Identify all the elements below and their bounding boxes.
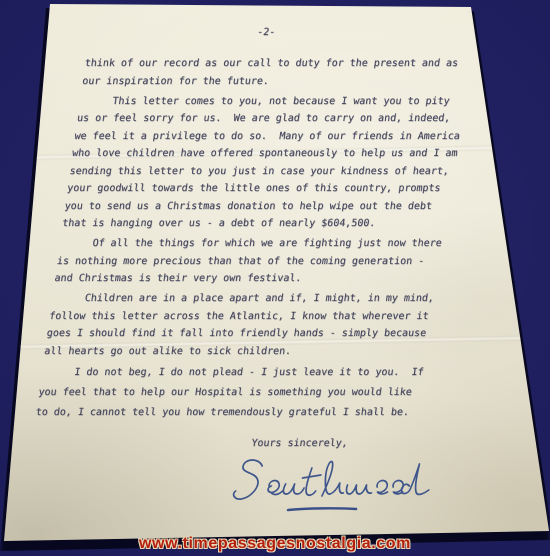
photo-background: -2- think of our record as our call to d…: [0, 0, 550, 556]
paragraph-3: Of all the things for which we are fight…: [53, 235, 462, 288]
letter-line: our inspiration for the future.: [81, 73, 485, 91]
letter-line: This letter comes to you, not because I …: [78, 93, 482, 111]
watermark-text: www.timepassagesnostalgia.com: [139, 535, 411, 552]
letter-line: all hearts go out alike to sick children…: [43, 343, 447, 361]
letter-line: sending this letter to you just in case …: [68, 163, 472, 181]
letter-line: think of our record as our call to duty …: [83, 55, 487, 73]
letter-line: goes I should find it fall into friendly…: [46, 325, 450, 343]
watermark: www.timepassagesnostalgia.com: [0, 535, 550, 555]
letter-line: is nothing more precious than that of th…: [56, 253, 460, 271]
signature: Southwood: [227, 454, 436, 518]
letter-line: I do not beg, I do not plead - I just le…: [40, 363, 445, 383]
letter-line: you feel that to help our Hospital is so…: [37, 383, 442, 403]
paragraph-2: This letter comes to you, not because I …: [61, 93, 483, 233]
letter-line: who love children have offered spontaneo…: [71, 145, 475, 163]
letter-line: and Christmas is their very own festival…: [53, 270, 457, 288]
closing-salutation: Yours sincerely,: [250, 435, 434, 453]
letter-line: us or feel sorry for us. We are glad to …: [76, 110, 480, 128]
letter-line: your goodwill towards the little ones of…: [66, 180, 470, 198]
letter-line: we feel it a privilege to do so. Many of…: [73, 128, 477, 146]
paragraph-4: Children are in a place apart and if, I …: [43, 290, 455, 360]
letter-line: Children are in a place apart and if, I …: [50, 290, 454, 308]
letter-line: that is hanging over us - a debt of near…: [61, 215, 465, 233]
letter-line: follow this letter across the Atlantic, …: [48, 308, 452, 326]
paragraph-1: think of our record as our call to duty …: [81, 55, 488, 90]
letter-line: Of all the things for which we are fight…: [58, 235, 462, 253]
page-number: -2-: [256, 26, 492, 40]
letter-line: you to send us a Christmas donation to h…: [63, 198, 467, 216]
letter-line: to do, I cannot tell you how tremendousl…: [34, 403, 439, 423]
paragraph-5: I do not beg, I do not plead - I just le…: [34, 363, 444, 423]
signature-handwriting-icon: [227, 454, 436, 518]
letter-body: -2- think of our record as our call to d…: [21, 26, 492, 518]
letter-paper: -2- think of our record as our call to d…: [0, 0, 550, 556]
